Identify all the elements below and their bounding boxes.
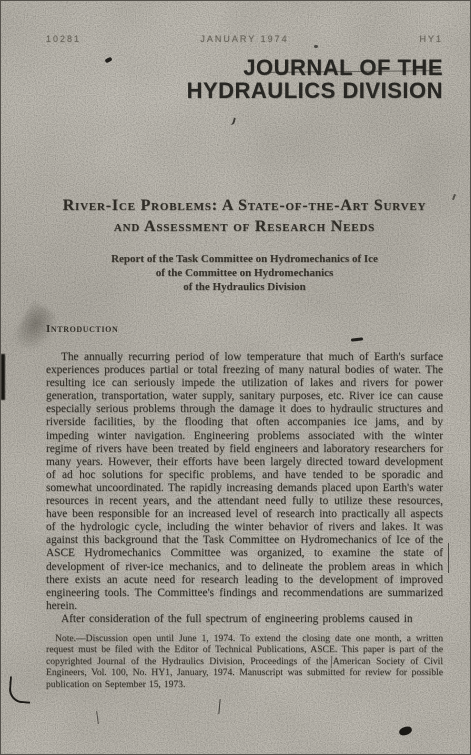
byline-line2: of the Committee on Hydromechanics — [46, 266, 443, 280]
article-title-line1: River-Ice Problems: A State-of-the-Art S… — [46, 195, 443, 216]
journal-title-line1: JOURNAL OF THE — [46, 56, 443, 79]
byline-line3: of the Hydraulics Division — [46, 280, 443, 294]
article-title-line2: and Assessment of Research Needs — [46, 216, 443, 237]
journal-title-line2: HYDRAULICS DIVISION — [46, 79, 443, 102]
journal-title: JOURNAL OF THE HYDRAULICS DIVISION — [46, 56, 443, 102]
running-header: 10281 JANUARY 1974 HY1 — [46, 34, 443, 44]
section-heading-introduction: Introduction — [46, 323, 443, 335]
issue-date: JANUARY 1974 — [46, 34, 443, 44]
page-content: 10281 JANUARY 1974 HY1 JOURNAL OF THE HY… — [1, 34, 470, 690]
hairline-artifact — [96, 711, 99, 724]
article-title: River-Ice Problems: A State-of-the-Art S… — [46, 195, 443, 237]
footnote: Note.—Discussion open until June 1, 1974… — [46, 633, 443, 690]
paper-number: 10281 — [46, 34, 81, 44]
scanned-journal-page: 10281 JANUARY 1974 HY1 JOURNAL OF THE HY… — [0, 0, 471, 755]
ink-blob-artifact — [398, 725, 413, 736]
byline-line1: Report of the Task Committee on Hydromec… — [46, 252, 443, 266]
hairline-artifact — [218, 699, 220, 714]
paragraph: After consideration of the full spectrum… — [46, 613, 443, 626]
body-text: The annually recurring period of low tem… — [46, 351, 443, 626]
paragraph: The annually recurring period of low tem… — [46, 351, 443, 613]
issue-code: HY1 — [419, 34, 443, 44]
article-byline: Report of the Task Committee on Hydromec… — [46, 252, 443, 294]
